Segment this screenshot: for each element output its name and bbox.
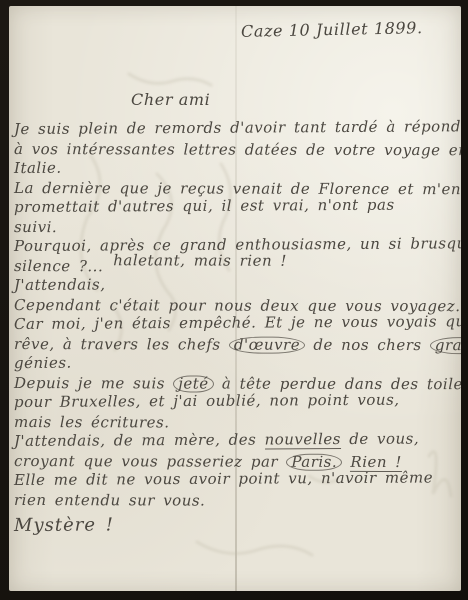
letter-segment: promettait d'autres qui, il est vrai, n'… xyxy=(14,196,395,216)
letter-line: rien entendu sur vous. xyxy=(14,491,459,512)
letter-segment: Elle me dit ne vous avoir point vu, n'av… xyxy=(14,468,433,489)
letter-paper: Caze 10 Juillet 1899. Cher ami Je suis p… xyxy=(9,6,461,591)
letter-segment: mais les écritures. xyxy=(14,413,170,431)
letter-line: génies. xyxy=(14,351,459,373)
letter-segment: J'attendais, xyxy=(14,275,106,294)
scan-dark-frame: Caze 10 Juillet 1899. Cher ami Je suis p… xyxy=(0,0,468,600)
letter-segment: pour Bruxelles, et j'ai oublié, non poin… xyxy=(14,391,400,411)
letter-segment: génies. xyxy=(14,354,72,372)
letter-line: Mystère ! xyxy=(14,513,459,535)
letter-segment: de vous, xyxy=(341,430,419,448)
letter-segment: silence ?... xyxy=(14,257,103,275)
letter-line: promettait d'autres qui, il est vrai, n'… xyxy=(14,195,459,217)
letter-segment: rien entendu sur vous. xyxy=(14,491,205,510)
letter-segment: Car moi, j'en étais empêché. Et je ne vo… xyxy=(14,312,461,333)
letter-segment: suivi. xyxy=(14,218,57,236)
letter-segment-raised: haletant, mais rien ! xyxy=(113,251,287,269)
letter-line: J'attendais, xyxy=(14,273,459,295)
letter-segment-underlined: nouvelles xyxy=(264,430,340,449)
letter-segment: J'attendais, de ma mère, des xyxy=(14,430,265,450)
letter-segment: Mystère ! xyxy=(14,514,114,536)
letter-segment: Depuis je me suis xyxy=(14,374,173,392)
letter-segment: Je suis plein de remords d'avoir tant ta… xyxy=(14,117,461,138)
dateline: Caze 10 Juillet 1899. xyxy=(241,18,423,41)
letter-segment-circled: d'œuvre xyxy=(229,336,305,353)
letter-line: Elle me dit ne vous avoir point vu, n'av… xyxy=(14,468,459,490)
letter-line: pour Bruxelles, et j'ai oublié, non poin… xyxy=(14,390,459,412)
letter-segment: rêve, à travers les chefs xyxy=(14,335,229,354)
letter-line: Je suis plein de remords d'avoir tant ta… xyxy=(14,117,459,139)
letter-segment-circled: jeté xyxy=(173,375,213,392)
salutation: Cher ami xyxy=(131,90,210,109)
letter-line: Italie. xyxy=(14,156,459,178)
letter-line: J'attendais, de ma mère, des nouvelles d… xyxy=(14,429,459,451)
letter-segment: Italie. xyxy=(14,159,62,177)
letter-segment: croyant que vous passeriez par xyxy=(14,452,286,471)
letter-body: Je suis plein de remords d'avoir tant ta… xyxy=(14,120,459,536)
letter-segment-circled: Paris. xyxy=(286,453,342,470)
letter-line: Car moi, j'en étais empêché. Et je ne vo… xyxy=(14,312,459,334)
